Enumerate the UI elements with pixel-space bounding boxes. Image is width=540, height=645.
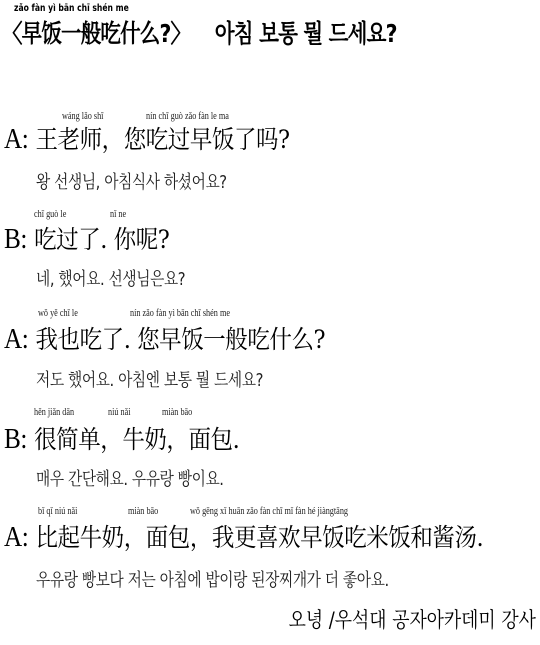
pinyin-annotation: miàn bāo bbox=[162, 407, 192, 418]
pinyin-annotation: nín zǎo fàn yì bān chī shén me bbox=[130, 308, 230, 319]
chinese-text: 王老师，您吃过早饭了吗? bbox=[36, 125, 290, 154]
chinese-text: 我也吃了. 您早饭一般吃什么? bbox=[36, 325, 326, 354]
speaker-label: B: bbox=[4, 424, 27, 455]
korean-translation: 왕 선생님, 아침식사 하셨어요? bbox=[36, 168, 227, 194]
page-title: 〈早饭一般吃什么?〉아침 보통 뭘 드세요? bbox=[2, 14, 397, 50]
pinyin-annotation: miàn bāo bbox=[128, 506, 158, 517]
chinese-sentence: A:比起牛奶，面包，我更喜欢早饭吃米饭和酱汤. bbox=[4, 518, 483, 554]
chinese-text: 吃过了. 你呢? bbox=[34, 225, 169, 254]
chinese-sentence: B:吃过了. 你呢? bbox=[4, 220, 169, 256]
pinyin-annotation: wǒ gēng xǐ huān zǎo fàn chī mǐ fàn hé ji… bbox=[190, 506, 348, 517]
speaker-label: B: bbox=[4, 224, 27, 255]
korean-translation: 매우 간단해요. 우유랑 빵이요. bbox=[36, 465, 224, 491]
speaker-label: A: bbox=[4, 324, 28, 355]
chinese-sentence: A:我也吃了. 您早饭一般吃什么? bbox=[4, 320, 325, 356]
pinyin-annotation: chī guò le bbox=[34, 209, 66, 220]
korean-translation: 네, 했어요. 선생님은요? bbox=[36, 265, 185, 291]
title-pinyin: zǎo fàn yì bān chī shén me bbox=[14, 3, 129, 14]
pinyin-annotation: niú nǎi bbox=[108, 407, 131, 418]
chinese-text: 很简单，牛奶，面包. bbox=[34, 425, 239, 454]
speaker-label: A: bbox=[4, 522, 28, 553]
title-korean: 아침 보통 뭘 드세요? bbox=[215, 19, 397, 48]
chinese-sentence: B:很简单，牛奶，面包. bbox=[4, 420, 239, 456]
title-chinese: 〈早饭一般吃什么?〉 bbox=[2, 19, 190, 48]
pinyin-annotation: bǐ qǐ niú nǎi bbox=[38, 506, 77, 517]
author-signature: 오녕 /우석대 공자아카데미 강사 bbox=[289, 604, 536, 634]
pinyin-annotation: hěn jiǎn dān bbox=[34, 407, 74, 418]
pinyin-annotation: nǐ ne bbox=[110, 209, 126, 220]
speaker-label: A: bbox=[4, 124, 28, 155]
pinyin-annotation: wǒ yě chī le bbox=[38, 308, 78, 319]
chinese-sentence: A:王老师，您吃过早饭了吗? bbox=[4, 120, 290, 156]
chinese-text: 比起牛奶，面包，我更喜欢早饭吃米饭和酱汤. bbox=[36, 523, 484, 552]
korean-translation: 우유랑 빵보다 저는 아침에 밥이랑 된장찌개가 더 좋아요. bbox=[36, 566, 389, 592]
korean-translation: 저도 했어요. 아침엔 보통 뭘 드세요? bbox=[36, 366, 263, 392]
